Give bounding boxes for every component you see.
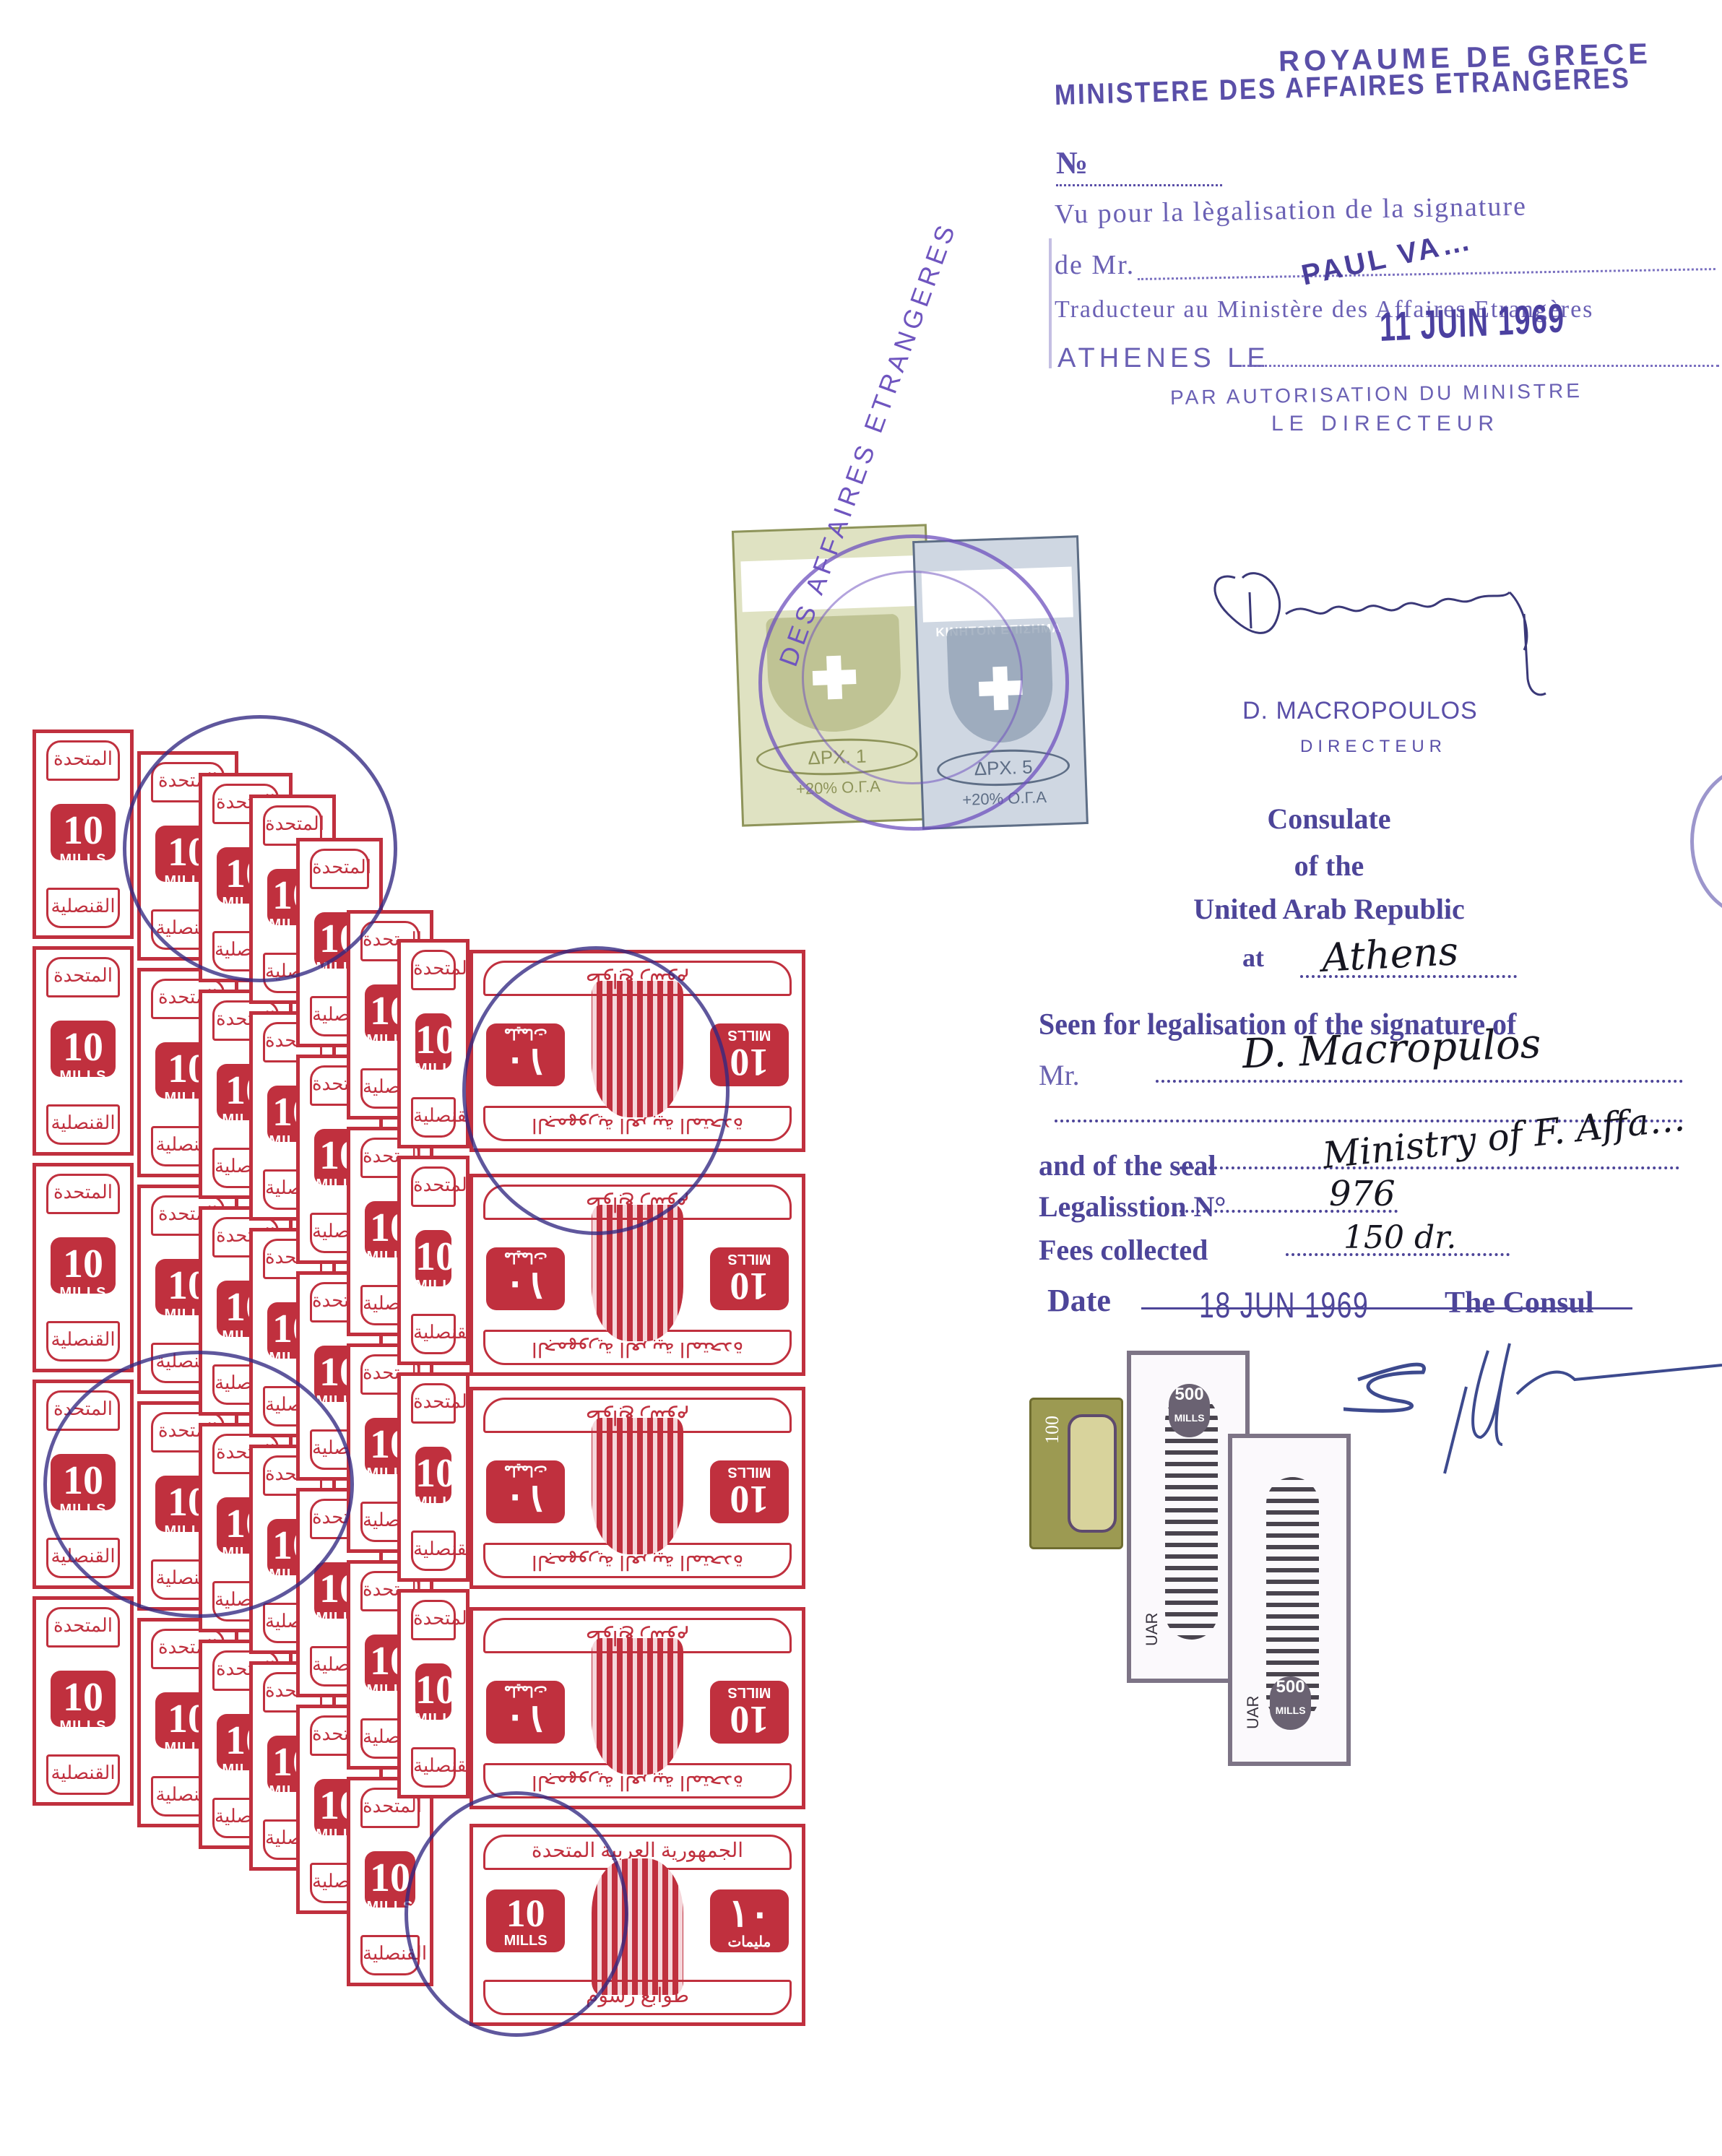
consulate-line-1: Consulate [1242,802,1416,836]
stamp-arabic-footer: طوابع رسوم [483,1980,792,2015]
stamp-unit: MILLS [415,1711,451,1728]
stamp-arabic-value: ١٠ [486,1480,565,1519]
stamp-value: 10 [415,1019,451,1061]
seal-underline [1174,1166,1679,1169]
stamp-arabic-footer: طوابع رسوم [483,1398,792,1433]
stamp-arabic-bottom: القنصلية [46,1321,120,1361]
stamp-value: 500MILLS [1270,1676,1311,1730]
consular-stamp-10-mills: المتحدة10MILLSالقنصلية [33,946,134,1156]
stamp-value-box: 10MILLS [51,1454,116,1510]
stamp-arabic-unit: مليمات [486,1462,565,1480]
stamp-unit: MILLS [710,1463,789,1480]
eagle-emblem-icon [592,1418,683,1554]
stamp-value: 10 [415,1453,451,1494]
consular-stamp-10-mills: المتحدة10MILLSالقنصلية [33,1596,134,1806]
eagle-emblem-icon [592,1205,683,1341]
fees-collected-label: Fees collected [1039,1233,1208,1267]
date-underline [1242,365,1719,367]
partial-seal-icon [1690,766,1722,917]
stamp-arabic-bottom: القنصلية [360,1935,420,1975]
stamp-value-box: 10MILLS [710,1023,789,1086]
stamp-arabic-top: المتحدة [46,1390,120,1431]
stamp-value: 10 [486,1894,565,1933]
handwritten-legalisation-number: 976 [1329,1174,1396,1214]
stamp-value: 10 [710,1480,789,1519]
stamp-value-box: 10MILLS [51,1021,116,1077]
stamp-arabic-bottom: القنصلية [46,1104,120,1145]
stamp-unit: MILLS [710,1026,789,1043]
name-underline [1138,268,1715,280]
stamp-arabic-top: المتحدة [411,1166,456,1207]
stamp-arabic-top: المتحدة [310,849,369,889]
stamp-arabic-value-box: ١٠مليمات [710,1889,789,1952]
eagle-emblem-icon [592,1858,683,1995]
stamp-value: 10 [415,1669,451,1711]
number-underline [1056,184,1222,186]
mr-label: Mr. [1039,1058,1080,1092]
stamp-arabic-unit: مليمات [710,1933,789,1951]
greek-date-stamp: 11 JUIN 1969 [1379,294,1565,350]
consular-stamp-10-mills: المتحدة10MILLSالقنصلية [397,1156,470,1365]
stamp-value-box: 10MILLS [51,1671,116,1727]
stamp-arabic-value: ١٠ [486,1700,565,1739]
stamp-arabic-unit: مليمات [486,1682,565,1700]
stamp-value: 10 [710,1700,789,1739]
stamp-arabic-value: ١٠ [486,1043,565,1082]
stamp-value-box: 10MILLS [415,1663,451,1720]
stamp-arabic-bottom: القنصلية [411,1747,456,1788]
consular-stamp-10-mills: المتحدة10MILLSالقنصلية [347,1777,433,1986]
mr-underline [1156,1080,1683,1083]
legalisation-number-label: Legalisstion N° [1039,1190,1226,1224]
stamp-unit: MILLS [51,1502,116,1518]
stamp-arabic-footer: طوابع رسوم [483,1618,792,1653]
consular-stamp-10-mills: المتحدة10MILLSالقنصلية [33,730,134,939]
stamp-arabic-unit: مليمات [486,1249,565,1267]
stamp-unit: MILLS [415,1278,451,1294]
stamp-value-box: 10MILLS [415,1230,451,1286]
stamp-uar-label: UAR [1244,1696,1263,1729]
stamp-unit: MILLS [710,1684,789,1700]
stamp-arabic-top: المتحدة [46,1607,120,1648]
consul-signature-icon [1344,1329,1722,1502]
stamp-frame-edge [1049,238,1052,368]
consular-stamp-10-mills: المتحدة10MILLSالقنصلية [33,1163,134,1372]
stamp-value-box: 10MILLS [486,1889,565,1952]
consular-stamp-10-mills-large: الجمهورية العربية المتحدة10MILLS١٠مليمات… [470,1607,805,1809]
stamp-arabic-footer: طوابع رسوم [483,961,792,996]
director-signature-icon [1185,549,1661,708]
uar-fee-stamp-100-mills: 100 [1029,1398,1123,1549]
consular-stamp-10-mills: المتحدة10MILLSالقنصلية [397,1589,470,1798]
stamp-unit: MILLS [51,1718,116,1735]
stamp-arabic-value: ١٠ [710,1894,789,1933]
stamp-unit: MILLS [51,852,116,868]
stamp-unit: MILLS [415,1494,451,1511]
stamp-number-label: № [1056,144,1092,181]
consular-stamp-10-mills: المتحدة10MILLSالقنصلية [397,1372,470,1582]
consul-label: The Consul [1445,1286,1594,1320]
director-title: DIRECTEUR [1300,737,1447,757]
stamp-value-box: 10MILLS [415,1447,451,1503]
stamp-authorization: PAR AUTORISATION DU MINISTRE [1170,379,1583,410]
stamp-value: 10 [51,1026,116,1068]
handwritten-city: Athens [1320,928,1459,981]
handwritten-seal-value: Ministry of F. Affa… [1320,1097,1687,1177]
stamp-arabic-value-box: ١٠مليمات [486,1247,565,1309]
stamp-arabic-bottom: القنصلية [411,1097,456,1138]
stamp-value: 500MILLS [1169,1384,1210,1437]
stamp-value-box: 10MILLS [51,1237,116,1294]
stamp-unit: MILLS [51,1285,116,1302]
stamp-value-box: 10MILLS [365,1851,415,1908]
stamp-arabic-top: المتحدة [411,950,456,990]
stamp-value-box: 10MILLS [415,1013,451,1070]
stamp-arabic-top: المتحدة [411,1600,456,1640]
stamp-arabic-unit: مليمات [486,1025,565,1043]
stamp-de-mr-label: de Mr. [1055,249,1135,281]
consular-stamp-10-mills-large: الجمهورية العربية المتحدة10MILLS١٠مليمات… [470,1174,805,1376]
consular-date-stamp: 18 JUN 1969 [1199,1284,1369,1326]
stamp-arabic-top: المتحدة [411,1383,456,1424]
stamp-arabic-value-box: ١٠مليمات [486,1460,565,1523]
stamp-arabic-bottom: القنصلية [46,888,120,928]
handwritten-signatory-name: D. Macropulos [1242,1021,1541,1078]
stamp-value: 10 [415,1236,451,1278]
stamp-value: 10 [51,810,116,852]
stamp-unit: MILLS [486,1933,565,1949]
stamp-value: 10 [365,1857,415,1899]
stamp-arabic-footer: طوابع رسوم [483,1185,792,1220]
stamp-uar-label: UAR [1143,1613,1161,1646]
uar-fee-stamp-500-mills-2: 500MILLS UAR [1228,1434,1351,1766]
stamp-arabic-top: المتحدة [46,740,120,781]
consular-stamp-10-mills: المتحدة10MILLSالقنصلية [397,939,470,1148]
stamp-arabic-top: المتحدة [46,1174,120,1214]
ministry-seal-inner-ring [802,571,1023,784]
stamp-director-title: LE DIRECTEUR [1271,412,1500,436]
consulate-line-3: United Arab Republic [1156,892,1502,926]
stamp-arabic-value-box: ١٠مليمات [486,1023,565,1086]
stamp-value: 10 [51,1676,116,1718]
stamp-vu-text: Vu pour la lègalisation de la signature [1055,191,1528,230]
stamp-value: 10 [51,1243,116,1285]
stamp-arabic-value-box: ١٠مليمات [486,1681,565,1743]
stamp-value: 10 [710,1043,789,1082]
arabesque-ornament-icon [1068,1414,1117,1533]
stamp-value: 10 [51,1460,116,1502]
stamp-value-box: 10MILLS [51,804,116,860]
handwritten-fees-value: 150 dr. [1344,1219,1456,1256]
seal-label: and of the seal [1039,1148,1216,1182]
consulate-at-label: at [1242,943,1264,973]
stamp-unit: MILLS [51,1068,116,1085]
stamp-athenes-label: ATHENES LE [1057,343,1270,374]
stamp-unit: MILLS [710,1250,789,1267]
stamp-unit: MILLS [365,1899,415,1915]
stamp-value-box: 10MILLS [710,1681,789,1743]
stamp-arabic-bottom: القنصلية [46,1538,120,1578]
eagle-emblem-icon [592,1638,683,1775]
consular-stamp-10-mills: المتحدة10MILLSالقنصلية [33,1380,134,1589]
stamp-unit: MILLS [415,1061,451,1078]
stamp-value: 100 [1042,1416,1063,1444]
consulate-line-2: of the [1242,849,1416,883]
stamp-value-box: 10MILLS [710,1247,789,1309]
stamp-value: 10 [710,1267,789,1306]
stamp-arabic-bottom: القنصلية [411,1314,456,1354]
stamp-arabic-bottom: القنصلية [46,1754,120,1795]
stamp-arabic-value: ١٠ [486,1267,565,1306]
stamp-arabic-top: المتحدة [46,957,120,997]
stamp-value-box: 10MILLS [710,1460,789,1523]
eagle-emblem-icon [592,981,683,1117]
consular-stamp-10-mills-large: الجمهورية العربية المتحدة10MILLS١٠مليمات… [470,1387,805,1589]
translator-name-stamp: PAUL VA… [1299,224,1476,292]
date-label: Date [1047,1282,1111,1319]
stamp-arabic-bottom: القنصلية [411,1531,456,1571]
consular-stamp-10-mills-large: الجمهورية العربية المتحدة10MILLS١٠مليمات… [470,1824,805,2026]
director-name: D. MACROPOULOS [1242,697,1478,725]
consular-stamp-10-mills-large: الجمهورية العربية المتحدة10MILLS١٠مليمات… [470,950,805,1152]
